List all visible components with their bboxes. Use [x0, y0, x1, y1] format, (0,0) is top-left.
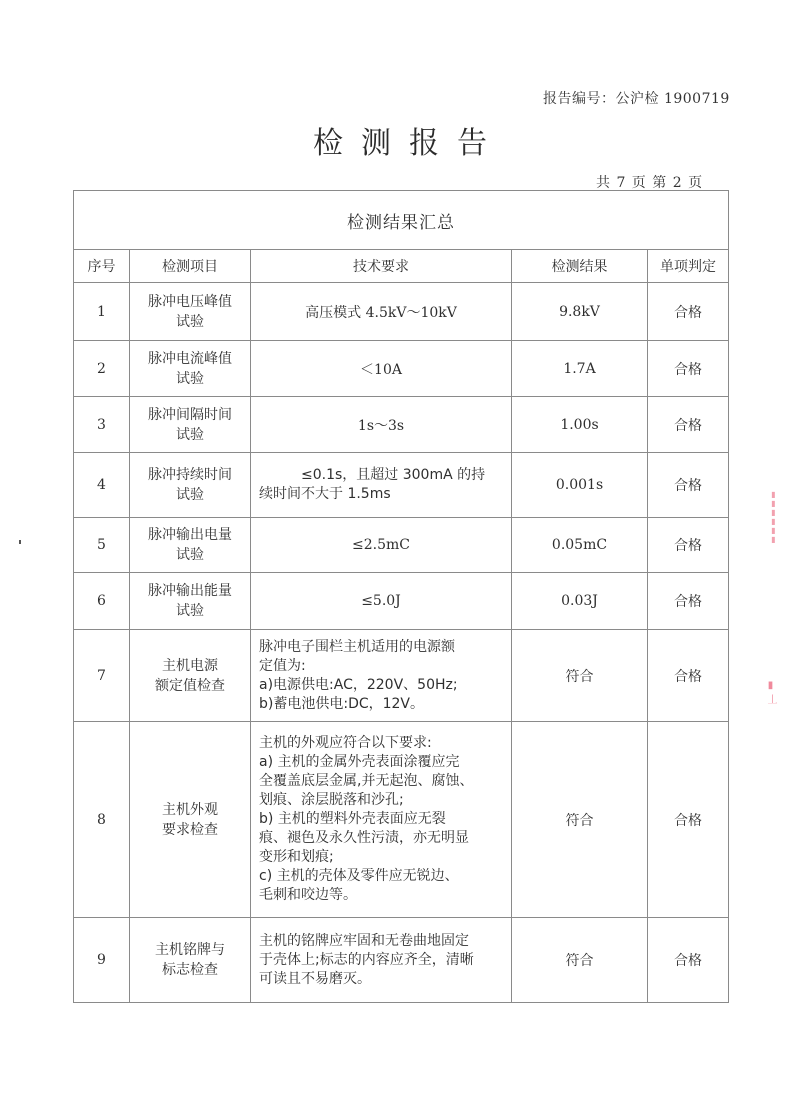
- cell-line: 划痕、涂层脱落和沙孔;: [259, 791, 505, 810]
- cell-line: c) 主机的壳体及零件应无锐边、: [259, 867, 505, 886]
- cell-line: 脉冲电压峰值: [130, 292, 250, 312]
- cell-line: 主机电源: [130, 656, 250, 676]
- cell-line: 试验: [130, 369, 250, 389]
- cell-line: a) 主机的金属外壳表面涂覆应完: [259, 753, 505, 772]
- cell-line: 主机铭牌与: [130, 940, 250, 960]
- table-row: 5脉冲输出电量试验≤2.5mC0.05mC合格: [74, 518, 729, 573]
- technical-requirement: 主机的外观应符合以下要求:a) 主机的金属外壳表面涂覆应完全覆盖底层金属,并无起…: [251, 722, 512, 918]
- cell-line: 脉冲输出电量: [130, 525, 250, 545]
- test-result: 9.8kV: [512, 283, 648, 341]
- technical-requirement: 高压模式 4.5kV～10kV: [251, 283, 512, 341]
- verdict: 合格: [648, 630, 729, 722]
- verdict: 合格: [648, 918, 729, 1003]
- test-item: 脉冲电压峰值试验: [130, 283, 251, 341]
- cell-line: 毛刺和咬边等。: [259, 886, 505, 905]
- verdict: 合格: [648, 518, 729, 573]
- test-result: 1.7A: [512, 341, 648, 397]
- cell-line: b) 主机的塑料外壳表面应无裂: [259, 810, 505, 829]
- document-title: 检测报告: [0, 118, 800, 162]
- cell-line: 变形和划痕;: [259, 848, 505, 867]
- cell-line: a)电源供电:AC，220V、50Hz;: [259, 676, 505, 695]
- row-number: 9: [74, 918, 130, 1003]
- test-result: 0.05mC: [512, 518, 648, 573]
- technical-requirement: ≤2.5mC: [251, 518, 512, 573]
- page-indicator: 共 7 页 第 2 页: [596, 172, 702, 192]
- column-header-item: 检测项目: [130, 250, 251, 283]
- technical-requirement: 1s～3s: [251, 397, 512, 453]
- cell-line: 脉冲电流峰值: [130, 349, 250, 369]
- cell-line: 要求检查: [130, 820, 250, 840]
- row-number: 6: [74, 573, 130, 630]
- test-result: 符合: [512, 722, 648, 918]
- column-header-result: 检测结果: [512, 250, 648, 283]
- seal-stamp-mark-2: ▮ 丄: [770, 680, 778, 720]
- cell-line: 主机的铭牌应牢固和无卷曲地固定: [259, 932, 505, 951]
- cell-line: 定值为:: [259, 657, 505, 676]
- verdict: 合格: [648, 341, 729, 397]
- test-result: 0.03J: [512, 573, 648, 630]
- test-item: 脉冲输出能量试验: [130, 573, 251, 630]
- cell-line: 主机外观: [130, 800, 250, 820]
- cell-line: 脉冲持续时间: [130, 465, 250, 485]
- table-row: 7主机电源额定值检查脉冲电子围栏主机适用的电源额定值为:a)电源供电:AC，22…: [74, 630, 729, 722]
- row-number: 7: [74, 630, 130, 722]
- table-caption: 检测结果汇总: [74, 191, 729, 250]
- test-item: 脉冲输出电量试验: [130, 518, 251, 573]
- row-number: 2: [74, 341, 130, 397]
- test-result: 0.001s: [512, 453, 648, 518]
- verdict: 合格: [648, 283, 729, 341]
- cell-line: 试验: [130, 312, 250, 332]
- verdict: 合格: [648, 722, 729, 918]
- cell-line: 脉冲电子围栏主机适用的电源额: [259, 638, 505, 657]
- technical-requirement: ≤5.0J: [251, 573, 512, 630]
- table-row: 9主机铭牌与标志检查主机的铭牌应牢固和无卷曲地固定于壳体上;标志的内容应齐全，清…: [74, 918, 729, 1003]
- scan-speck: [19, 540, 21, 544]
- test-item: 主机铭牌与标志检查: [130, 918, 251, 1003]
- test-result: 符合: [512, 918, 648, 1003]
- verdict: 合格: [648, 453, 729, 518]
- verdict: 合格: [648, 573, 729, 630]
- table-row: 4脉冲持续时间试验 ≤0.1s，且超过 300mA 的持续时间不大于 1.5ms…: [74, 453, 729, 518]
- results-summary-table: 检测结果汇总 序号 检测项目 技术要求 检测结果 单项判定 1脉冲电压峰值试验高…: [73, 190, 729, 1003]
- cell-line: 额定值检查: [130, 676, 250, 696]
- cell-line: 于壳体上;标志的内容应齐全，清晰: [259, 951, 505, 970]
- test-item: 主机电源额定值检查: [130, 630, 251, 722]
- column-header-no: 序号: [74, 250, 130, 283]
- technical-requirement: ≤0.1s，且超过 300mA 的持续时间不大于 1.5ms: [251, 453, 512, 518]
- cell-line: 脉冲输出能量: [130, 581, 250, 601]
- column-header-requirement: 技术要求: [251, 250, 512, 283]
- table-header-row: 序号 检测项目 技术要求 检测结果 单项判定: [74, 250, 729, 283]
- cell-line: 痕、褪色及永久性污渍，亦无明显: [259, 829, 505, 848]
- row-number: 5: [74, 518, 130, 573]
- test-item: 主机外观要求检查: [130, 722, 251, 918]
- cell-line: 全覆盖底层金属,并无起泡、腐蚀、: [259, 772, 505, 791]
- test-item: 脉冲持续时间试验: [130, 453, 251, 518]
- report-number: 报告编号：公沪检 1900719: [543, 88, 730, 108]
- row-number: 8: [74, 722, 130, 918]
- technical-requirement: ＜10A: [251, 341, 512, 397]
- cell-line: b)蓄电池供电:DC，12V。: [259, 695, 505, 714]
- test-result: 1.00s: [512, 397, 648, 453]
- cell-line: 试验: [130, 545, 250, 565]
- row-number: 3: [74, 397, 130, 453]
- cell-line: 试验: [130, 601, 250, 621]
- table-row: 6脉冲输出能量试验≤5.0J0.03J合格: [74, 573, 729, 630]
- test-result: 符合: [512, 630, 648, 722]
- cell-line: 可读且不易磨灭。: [259, 970, 505, 989]
- verdict: 合格: [648, 397, 729, 453]
- table-row: 3脉冲间隔时间试验1s～3s1.00s合格: [74, 397, 729, 453]
- cell-line: 试验: [130, 425, 250, 445]
- test-item: 脉冲间隔时间试验: [130, 397, 251, 453]
- row-number: 1: [74, 283, 130, 341]
- column-header-verdict: 单项判定: [648, 250, 729, 283]
- seal-stamp-mark: ▮▮▮▮▮▮: [770, 490, 778, 630]
- cell-line: ≤0.1s，且超过 300mA 的持: [259, 466, 505, 485]
- cell-line: 标志检查: [130, 960, 250, 980]
- row-number: 4: [74, 453, 130, 518]
- technical-requirement: 脉冲电子围栏主机适用的电源额定值为:a)电源供电:AC，220V、50Hz;b)…: [251, 630, 512, 722]
- table-caption-row: 检测结果汇总: [74, 191, 729, 250]
- cell-line: 试验: [130, 485, 250, 505]
- test-item: 脉冲电流峰值试验: [130, 341, 251, 397]
- table-row: 1脉冲电压峰值试验高压模式 4.5kV～10kV9.8kV合格: [74, 283, 729, 341]
- table-row: 2脉冲电流峰值试验＜10A1.7A合格: [74, 341, 729, 397]
- technical-requirement: 主机的铭牌应牢固和无卷曲地固定于壳体上;标志的内容应齐全，清晰可读且不易磨灭。: [251, 918, 512, 1003]
- cell-line: 主机的外观应符合以下要求:: [259, 734, 505, 753]
- cell-line: 脉冲间隔时间: [130, 405, 250, 425]
- table-row: 8主机外观要求检查主机的外观应符合以下要求:a) 主机的金属外壳表面涂覆应完全覆…: [74, 722, 729, 918]
- cell-line: 续时间不大于 1.5ms: [259, 485, 505, 504]
